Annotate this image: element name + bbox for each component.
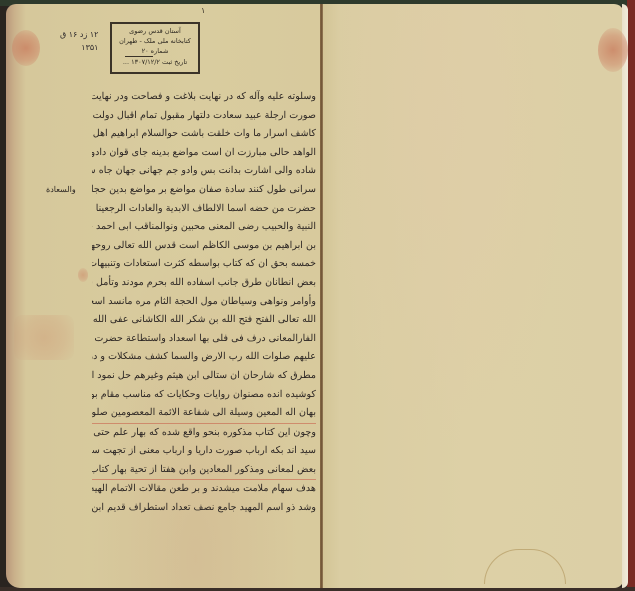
stamp-line-1: آستان قدس رضوی: [115, 26, 195, 36]
text-line: النبية والحبيب رضى المعنى محبين ونوالمنا…: [92, 218, 316, 237]
text-line: بهان اله المعين وسيلة الى شفاعة الائمة ا…: [92, 404, 316, 423]
text-line: هدف سهام ملامت ميشدند و بر طعن مقالات ال…: [92, 479, 316, 499]
folio-number: ۱: [201, 6, 205, 15]
stamp-line-2: کتابخانه ملی ملک - طهران: [115, 36, 195, 46]
text-line: كاشف اسرار ما وات خلقت باشت حوالسلام ابر…: [92, 125, 316, 144]
text-line: عليهم صلوات الله رب الارض والسما كشف مشك…: [92, 348, 316, 367]
stamp-line-3: شماره ۲۰: [115, 46, 195, 56]
manuscript-text-block: وسلوته عليه وآله كه در نهايت بلاغت و فصا…: [92, 88, 316, 518]
binding-background-right: [627, 0, 635, 591]
stain-left-margin: [14, 315, 74, 360]
text-line: خمسه بحق ان كه كتاب بواسطه كثرت استعادات…: [92, 255, 316, 274]
right-page-edge: [622, 4, 628, 588]
stain-top-right: [598, 28, 628, 72]
text-line: الله تعالى الفتح فتح الله بن شكر الله ال…: [92, 311, 316, 330]
manuscript-spread: ۱ ۱۲ زد ۱۶ ق ۱۳۵۱ آستان قدس رضوی کتابخان…: [0, 0, 635, 591]
text-line: بعض لمعانى ومذكور المعادين وابن هفتا از …: [92, 461, 316, 480]
text-line: مطرق كه شارحان ان ستالى ابن هيثم وغيرهم …: [92, 367, 316, 386]
stamp-line-4: تاریخ ثبت ۱۳۰۷/۱۲/۲ ...: [115, 57, 195, 67]
shelf-mark-note: ۱۲ زد ۱۶ ق ۱۳۵۱: [60, 28, 98, 54]
text-line: بن ابراهيم بن موسى الكاظم است قدس الله ت…: [92, 237, 316, 256]
text-line: سيد اند بكه ارباب صورت داريا و ارباب معن…: [92, 442, 316, 461]
shelf-mark-line-2: ۱۳۵۱: [60, 41, 98, 54]
text-line: وچون اين كتاب مذكوره بنحو واقع شده كه به…: [92, 423, 316, 443]
text-line: صورت ارجلة عبيد سعادت دلتهار مقبول تمام …: [92, 107, 316, 126]
text-line: شاده والى اشارت بدانت بس وادو جم جهانى ج…: [92, 162, 316, 181]
shelf-mark-line-1: ۱۲ زد ۱۶ ق: [60, 28, 98, 41]
library-stamp: آستان قدس رضوی کتابخانه ملی ملک - طهران …: [110, 22, 200, 74]
text-line: الواهد حالى مبارزت ان است مواضع بدينه جا…: [92, 144, 316, 163]
text-line: حضرت من حضه اسما الالطاف الابدية والعادا…: [92, 200, 316, 219]
text-line: الفارالمعانى درف فى فلى بها اسعداد واستط…: [92, 330, 316, 349]
text-line: كوشيده انده مصنوان روايات وحكايات كه منا…: [92, 386, 316, 405]
text-line: بعض انطانان طرق جانب اسفاده الله بحرم مو…: [92, 274, 316, 293]
right-page: [322, 4, 624, 588]
text-line: وأوامر ونواهى وسياطان مول الحجة الثام مر…: [92, 293, 316, 312]
text-line: وسلوته عليه وآله كه در نهايت بلاغت و فصا…: [92, 88, 316, 107]
binding-gutter: [320, 4, 323, 588]
stain-red-dot: [78, 268, 88, 282]
margin-annotation: والسعادة: [46, 185, 76, 194]
stain-top-left: [12, 30, 40, 66]
text-line: سرانى طول كنند سادة صفان مواضع بر مواضع …: [92, 181, 316, 200]
text-line: وشد ذو اسم المهيد جامع نصف تعداد استطراف…: [92, 499, 316, 518]
